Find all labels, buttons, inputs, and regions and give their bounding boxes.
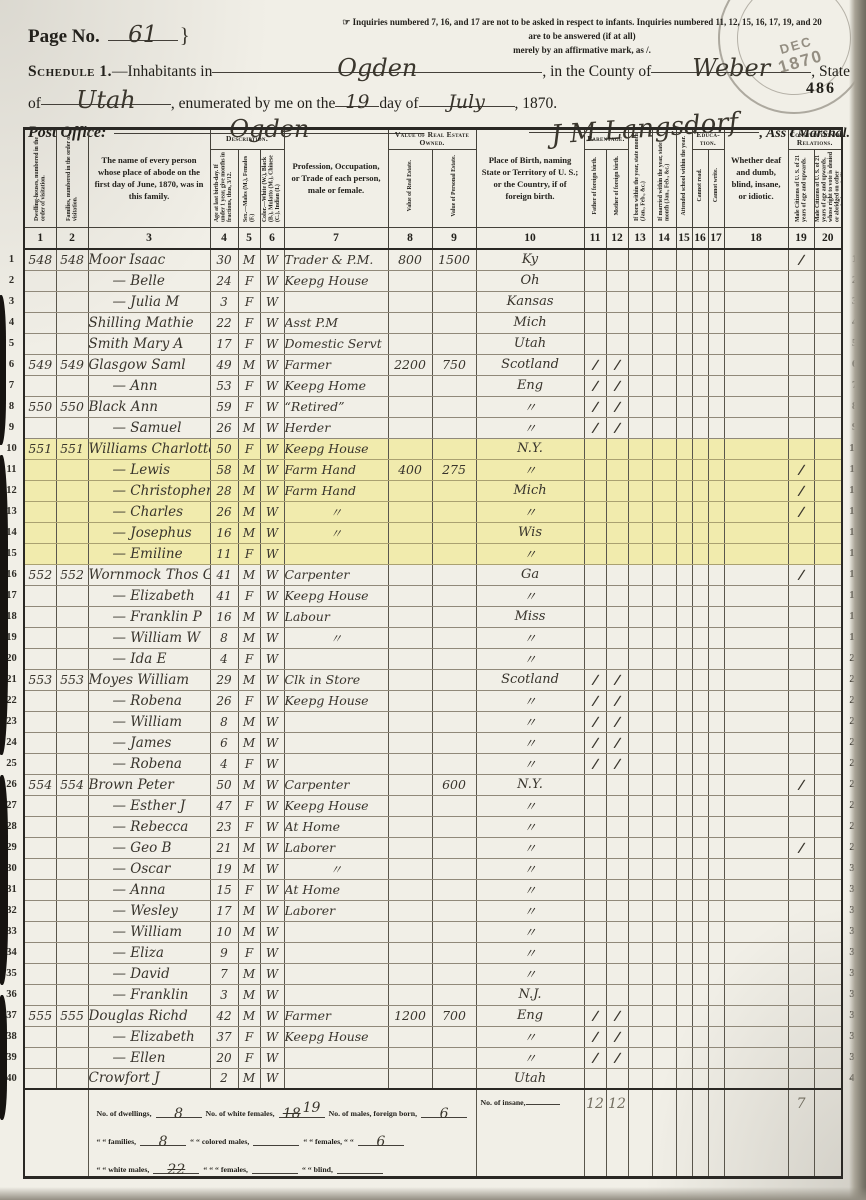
- tally-mark: ∕: [614, 735, 620, 750]
- table-row: 13— Charles26MW〃〃∕13: [0, 501, 866, 522]
- cell-personal-estate-value: [432, 417, 476, 438]
- cell-col16: [692, 963, 708, 984]
- footer-tally-col17: [708, 1089, 724, 1177]
- cell-birthplace: 〃: [476, 816, 584, 837]
- cell-personal-estate-value: [432, 270, 476, 291]
- cell-col11: [584, 312, 606, 333]
- cell-sex: M: [238, 354, 260, 375]
- column-label: Father of foreign birth.: [592, 157, 598, 214]
- cell-col16: [692, 270, 708, 291]
- cell-color: W: [260, 417, 284, 438]
- cell-col11: [584, 1068, 606, 1089]
- cell-family: [56, 816, 88, 837]
- schedule-label: Schedule 1.: [28, 63, 112, 81]
- state-value: Utah: [70, 96, 142, 104]
- cell-col17: [708, 732, 724, 753]
- column-number: 9: [432, 227, 476, 249]
- cell-col11: [584, 459, 606, 480]
- cell-col14: [652, 270, 676, 291]
- cell-name: — Franklin: [88, 984, 210, 1005]
- table-row: 19— William W8MW〃〃19: [0, 627, 866, 648]
- cell-col18: [724, 585, 788, 606]
- column-label: Value of Real Estate.: [407, 160, 413, 211]
- cell-col14: [652, 984, 676, 1005]
- cell-col20: [814, 375, 842, 396]
- table-row: 27— Esther J47FWKeepg House〃27: [0, 795, 866, 816]
- tally-mark: ∕: [592, 672, 598, 687]
- table-row: 6549549Glasgow Saml49MWFarmer2200750Scot…: [0, 354, 866, 375]
- cell-occupation: [284, 984, 388, 1005]
- cell-col12: [606, 900, 628, 921]
- cell-col12: [606, 291, 628, 312]
- cell-col18: [724, 984, 788, 1005]
- cell-col17: [708, 1068, 724, 1089]
- cell-col11: ∕: [584, 1047, 606, 1068]
- cell-col13: [628, 921, 652, 942]
- cell-col14: [652, 1026, 676, 1047]
- cell-col17: [708, 564, 724, 585]
- cell-col15: [676, 543, 692, 564]
- tally-mark: ∕: [592, 357, 598, 372]
- table-row: 29— Geo B21MWLaborer〃∕29: [0, 837, 866, 858]
- cell-col20: [814, 963, 842, 984]
- cell-col17: [708, 417, 724, 438]
- footer-value: 6: [376, 1139, 385, 1145]
- tally-mark: ∕: [614, 357, 620, 372]
- cell-col17: [708, 543, 724, 564]
- cell-dwelling: 549: [24, 354, 56, 375]
- cell-occupation: “Retired”: [284, 396, 388, 417]
- cell-col19: ∕: [788, 459, 814, 480]
- cell-col11: ∕: [584, 396, 606, 417]
- cell-color: W: [260, 1026, 284, 1047]
- footer-label: “ “ colored males,: [190, 1137, 249, 1146]
- cell-col19: [788, 795, 814, 816]
- cell-col12: [606, 312, 628, 333]
- cell-dwelling: [24, 501, 56, 522]
- cell-birthplace: Eng: [476, 375, 584, 396]
- cell-col14: [652, 291, 676, 312]
- cell-col16: [692, 900, 708, 921]
- cell-col18: [724, 753, 788, 774]
- footer-summary: No. of dwellings,8No. of white females,1…: [88, 1089, 476, 1177]
- cell-col18: [724, 1047, 788, 1068]
- footer-label: “ “ blind,: [302, 1165, 333, 1174]
- cell-col18: [724, 543, 788, 564]
- cell-col14: [652, 396, 676, 417]
- cell-col15: [676, 774, 692, 795]
- cell-occupation: [284, 291, 388, 312]
- page-no-value: 61: [128, 30, 157, 40]
- cell-occupation: [284, 732, 388, 753]
- tally-mark: ∕: [798, 504, 804, 519]
- cell-age: 53: [210, 375, 238, 396]
- footer-label: No. of white females,: [206, 1109, 275, 1118]
- cell-col13: [628, 396, 652, 417]
- cell-real-estate-value: [388, 669, 432, 690]
- cell-age: 19: [210, 858, 238, 879]
- cell-col16: [692, 396, 708, 417]
- cell-real-estate-value: [388, 1026, 432, 1047]
- cell-name: — Lewis: [88, 459, 210, 480]
- cell-col20: [814, 711, 842, 732]
- tally-mark: ∕: [798, 777, 804, 792]
- column-number: 19: [788, 227, 814, 249]
- cell-col13: [628, 1005, 652, 1026]
- cell-col12: [606, 585, 628, 606]
- cell-col12: [606, 543, 628, 564]
- cell-col15: [676, 648, 692, 669]
- tally-mark: ∕: [592, 693, 598, 708]
- cell-name: — Esther J: [88, 795, 210, 816]
- city-value: Ogden: [331, 64, 423, 72]
- table-row: 8550550Black Ann59FW“Retired”〃∕∕8: [0, 396, 866, 417]
- cell-col19: [788, 1068, 814, 1089]
- cell-col17: [708, 669, 724, 690]
- tally-mark: ∕: [798, 567, 804, 582]
- cell-col17: [708, 795, 724, 816]
- row-number-gutter: [0, 129, 24, 250]
- cell-col16: [692, 711, 708, 732]
- cell-col11: [584, 921, 606, 942]
- cell-color: W: [260, 627, 284, 648]
- cell-sex: F: [238, 333, 260, 354]
- cell-col18: [724, 921, 788, 942]
- footer-label: “ “ “ females,: [203, 1165, 248, 1174]
- cell-col19: [788, 669, 814, 690]
- state-blank: Utah: [41, 84, 171, 105]
- cell-col11: [584, 858, 606, 879]
- cell-dwelling: [24, 858, 56, 879]
- cell-real-estate-value: [388, 438, 432, 459]
- cell-col20: [814, 438, 842, 459]
- scan-blotch: [0, 295, 6, 445]
- footer-value-blank: 1819: [279, 1103, 325, 1118]
- cell-color: W: [260, 984, 284, 1005]
- cell-col14: [652, 900, 676, 921]
- cell-family: [56, 543, 88, 564]
- cell-col19: [788, 312, 814, 333]
- cell-col12: [606, 606, 628, 627]
- cell-col17: [708, 774, 724, 795]
- cell-dwelling: 555: [24, 1005, 56, 1026]
- cell-col12: ∕: [606, 396, 628, 417]
- cell-col15: [676, 564, 692, 585]
- cell-age: 58: [210, 459, 238, 480]
- page-no-label: Page No.: [28, 26, 100, 48]
- cell-col19: [788, 648, 814, 669]
- cell-col12: ∕: [606, 669, 628, 690]
- month-value: July: [444, 98, 489, 106]
- cell-real-estate-value: [388, 984, 432, 1005]
- column-number: 14: [652, 227, 676, 249]
- footer-corrected-value: 19: [303, 1105, 321, 1111]
- cell-col13: [628, 690, 652, 711]
- cell-occupation: At Home: [284, 879, 388, 900]
- cell-birthplace: Oh: [476, 270, 584, 291]
- cell-col19: ∕: [788, 837, 814, 858]
- cell-color: W: [260, 1047, 284, 1068]
- cell-col19: ∕: [788, 249, 814, 270]
- cell-dwelling: [24, 312, 56, 333]
- cell-name: — Elizabeth: [88, 585, 210, 606]
- cell-birthplace: Eng: [476, 1005, 584, 1026]
- cell-name: — William: [88, 921, 210, 942]
- cell-col14: [652, 480, 676, 501]
- column-header-2: Families, numbered in the order of visit…: [56, 129, 88, 228]
- footer-insane: No. of insane,: [476, 1089, 584, 1177]
- column-header-9: Value of Personal Estate.: [432, 149, 476, 227]
- cell-dwelling: [24, 711, 56, 732]
- cell-name: — Ida E: [88, 648, 210, 669]
- cell-col19: [788, 690, 814, 711]
- cell-name: Smith Mary A: [88, 333, 210, 354]
- table-row: 15— Emiline11FW〃15: [0, 543, 866, 564]
- row-number-left: 2: [0, 270, 24, 291]
- cell-col11: [584, 774, 606, 795]
- cell-family: 554: [56, 774, 88, 795]
- tally-mark: ∕: [592, 714, 598, 729]
- cell-col20: [814, 669, 842, 690]
- cell-col14: [652, 543, 676, 564]
- cell-col14: [652, 921, 676, 942]
- cell-family: [56, 501, 88, 522]
- cell-name: — Rebecca: [88, 816, 210, 837]
- column-number: 11: [584, 227, 606, 249]
- cell-sex: F: [238, 312, 260, 333]
- cell-col11: ∕: [584, 375, 606, 396]
- footer-tally: 7: [797, 1096, 806, 1112]
- cell-col18: [724, 942, 788, 963]
- cell-family: [56, 795, 88, 816]
- cell-col12: ∕: [606, 711, 628, 732]
- cell-sex: M: [238, 459, 260, 480]
- cell-col19: [788, 396, 814, 417]
- footer-value-blank: [253, 1131, 299, 1146]
- cell-col18: [724, 627, 788, 648]
- cell-name: Black Ann: [88, 396, 210, 417]
- cell-col19: [788, 711, 814, 732]
- cell-dwelling: [24, 984, 56, 1005]
- cell-col17: [708, 438, 724, 459]
- cell-col15: [676, 858, 692, 879]
- cell-birthplace: 〃: [476, 648, 584, 669]
- cell-col18: [724, 375, 788, 396]
- cell-col14: [652, 795, 676, 816]
- cell-col11: ∕: [584, 711, 606, 732]
- cell-col15: [676, 900, 692, 921]
- cell-col17: [708, 900, 724, 921]
- table-row: 9— Samuel26MWHerder〃∕∕9: [0, 417, 866, 438]
- cell-col15: [676, 417, 692, 438]
- cell-col14: [652, 417, 676, 438]
- column-number: 17: [708, 227, 724, 249]
- cell-age: 8: [210, 711, 238, 732]
- cell-col17: [708, 921, 724, 942]
- cell-col19: [788, 753, 814, 774]
- cell-sex: F: [238, 795, 260, 816]
- cell-col19: [788, 816, 814, 837]
- cell-col18: [724, 270, 788, 291]
- cell-personal-estate-value: 700: [432, 1005, 476, 1026]
- footer-value-blank: 6: [358, 1131, 404, 1146]
- cell-col13: [628, 564, 652, 585]
- cell-col18: [724, 648, 788, 669]
- cell-color: W: [260, 459, 284, 480]
- cell-birthplace: Scotland: [476, 354, 584, 375]
- cell-col16: [692, 984, 708, 1005]
- cell-col14: [652, 732, 676, 753]
- cell-personal-estate-value: [432, 732, 476, 753]
- footer-empty: [24, 1089, 88, 1177]
- cell-col19: [788, 879, 814, 900]
- cell-personal-estate-value: [432, 375, 476, 396]
- cell-personal-estate-value: [432, 648, 476, 669]
- cell-col11: [584, 564, 606, 585]
- column-header-12: Mother of foreign birth.: [606, 149, 628, 227]
- cell-occupation: Farm Hand: [284, 459, 388, 480]
- cell-birthplace: 〃: [476, 585, 584, 606]
- table-head: Dwelling-houses, numbered in the order o…: [0, 129, 866, 250]
- cell-birthplace: 〃: [476, 543, 584, 564]
- cell-family: [56, 480, 88, 501]
- cell-col12: [606, 963, 628, 984]
- cell-col14: [652, 501, 676, 522]
- cell-col16: [692, 627, 708, 648]
- cell-occupation: Farm Hand: [284, 480, 388, 501]
- cell-family: [56, 606, 88, 627]
- cell-color: W: [260, 1068, 284, 1089]
- cell-col15: [676, 270, 692, 291]
- cell-birthplace: 〃: [476, 690, 584, 711]
- cell-occupation: 〃: [284, 522, 388, 543]
- cell-col20: [814, 270, 842, 291]
- cell-name: Wornmock Thos G: [88, 564, 210, 585]
- cell-col19: [788, 1005, 814, 1026]
- cell-col15: [676, 690, 692, 711]
- cell-col14: [652, 459, 676, 480]
- cell-col20: [814, 900, 842, 921]
- cell-dwelling: [24, 837, 56, 858]
- cell-real-estate-value: [388, 522, 432, 543]
- cell-col19: ∕: [788, 564, 814, 585]
- cell-real-estate-value: [388, 774, 432, 795]
- cell-dwelling: [24, 417, 56, 438]
- cell-personal-estate-value: [432, 522, 476, 543]
- cell-col15: [676, 522, 692, 543]
- cell-occupation: Domestic Servt: [284, 333, 388, 354]
- table-row: 34— Eliza9FW〃34: [0, 942, 866, 963]
- column-header-8: Value of Real Estate.: [388, 149, 432, 227]
- tally-mark: ∕: [592, 399, 598, 414]
- day-value: 19: [341, 98, 373, 106]
- cell-col11: ∕: [584, 354, 606, 375]
- cell-col14: [652, 858, 676, 879]
- column-label: Dwelling-houses, numbered in the order o…: [34, 131, 47, 221]
- cell-dwelling: [24, 648, 56, 669]
- cell-col19: [788, 417, 814, 438]
- cell-age: 8: [210, 627, 238, 648]
- cell-col11: ∕: [584, 417, 606, 438]
- table-row: 5Smith Mary A17FWDomestic ServtUtah5: [0, 333, 866, 354]
- cell-col15: [676, 963, 692, 984]
- year-suffix: , 1870.: [515, 95, 558, 113]
- column-number: 20: [814, 227, 842, 249]
- row-number-left: 25: [0, 753, 24, 774]
- cell-color: W: [260, 942, 284, 963]
- cell-sex: F: [238, 585, 260, 606]
- cell-col17: [708, 312, 724, 333]
- cell-col18: [724, 249, 788, 270]
- cell-birthplace: 〃: [476, 942, 584, 963]
- table-row: 10551551Williams Charlotte50FWKeepg Hous…: [0, 438, 866, 459]
- cell-col13: [628, 249, 652, 270]
- column-header-4: Age at last birth-day. If under 1 year, …: [210, 149, 238, 227]
- cell-col15: [676, 1047, 692, 1068]
- cell-birthplace: 〃: [476, 417, 584, 438]
- table-body: 1548548Moor Isaac30MWTrader & P.M.800150…: [0, 249, 866, 1089]
- cell-personal-estate-value: [432, 984, 476, 1005]
- scan-blotch: [0, 455, 8, 755]
- cell-dwelling: [24, 1068, 56, 1089]
- cell-col12: [606, 648, 628, 669]
- cell-col12: [606, 921, 628, 942]
- cell-col13: [628, 816, 652, 837]
- cell-col20: [814, 732, 842, 753]
- cell-col15: [676, 438, 692, 459]
- cell-birthplace: 〃: [476, 921, 584, 942]
- cell-dwelling: [24, 522, 56, 543]
- cell-col13: [628, 942, 652, 963]
- cell-personal-estate-value: [432, 291, 476, 312]
- cell-col15: [676, 921, 692, 942]
- column-label: Cannot read.: [697, 169, 703, 201]
- cell-col16: [692, 564, 708, 585]
- cell-birthplace: 〃: [476, 627, 584, 648]
- cell-color: W: [260, 480, 284, 501]
- cell-col20: [814, 1047, 842, 1068]
- column-number: 1: [24, 227, 56, 249]
- cell-sex: M: [238, 921, 260, 942]
- cell-col14: [652, 585, 676, 606]
- table-row: 1548548Moor Isaac30MWTrader & P.M.800150…: [0, 249, 866, 270]
- cell-family: [56, 690, 88, 711]
- cell-birthplace: 〃: [476, 879, 584, 900]
- month-blank: July: [419, 86, 515, 107]
- cell-col16: [692, 354, 708, 375]
- cell-personal-estate-value: [432, 480, 476, 501]
- cell-real-estate-value: [388, 900, 432, 921]
- cell-col12: [606, 837, 628, 858]
- cell-col13: [628, 354, 652, 375]
- cell-real-estate-value: 2200: [388, 354, 432, 375]
- cell-col18: [724, 1068, 788, 1089]
- cell-col11: ∕: [584, 669, 606, 690]
- cell-col17: [708, 291, 724, 312]
- cell-col16: [692, 753, 708, 774]
- cell-col12: ∕: [606, 375, 628, 396]
- cell-color: W: [260, 585, 284, 606]
- cell-sex: M: [238, 417, 260, 438]
- cell-col11: [584, 480, 606, 501]
- column-header-7: Profession, Occupation, or Trade of each…: [284, 129, 388, 228]
- cell-col15: [676, 480, 692, 501]
- cell-col18: [724, 438, 788, 459]
- cell-real-estate-value: 1200: [388, 1005, 432, 1026]
- cell-col14: [652, 564, 676, 585]
- cell-color: W: [260, 606, 284, 627]
- table-row: 16552552Wornmock Thos G41MWCarpenterGa∕1…: [0, 564, 866, 585]
